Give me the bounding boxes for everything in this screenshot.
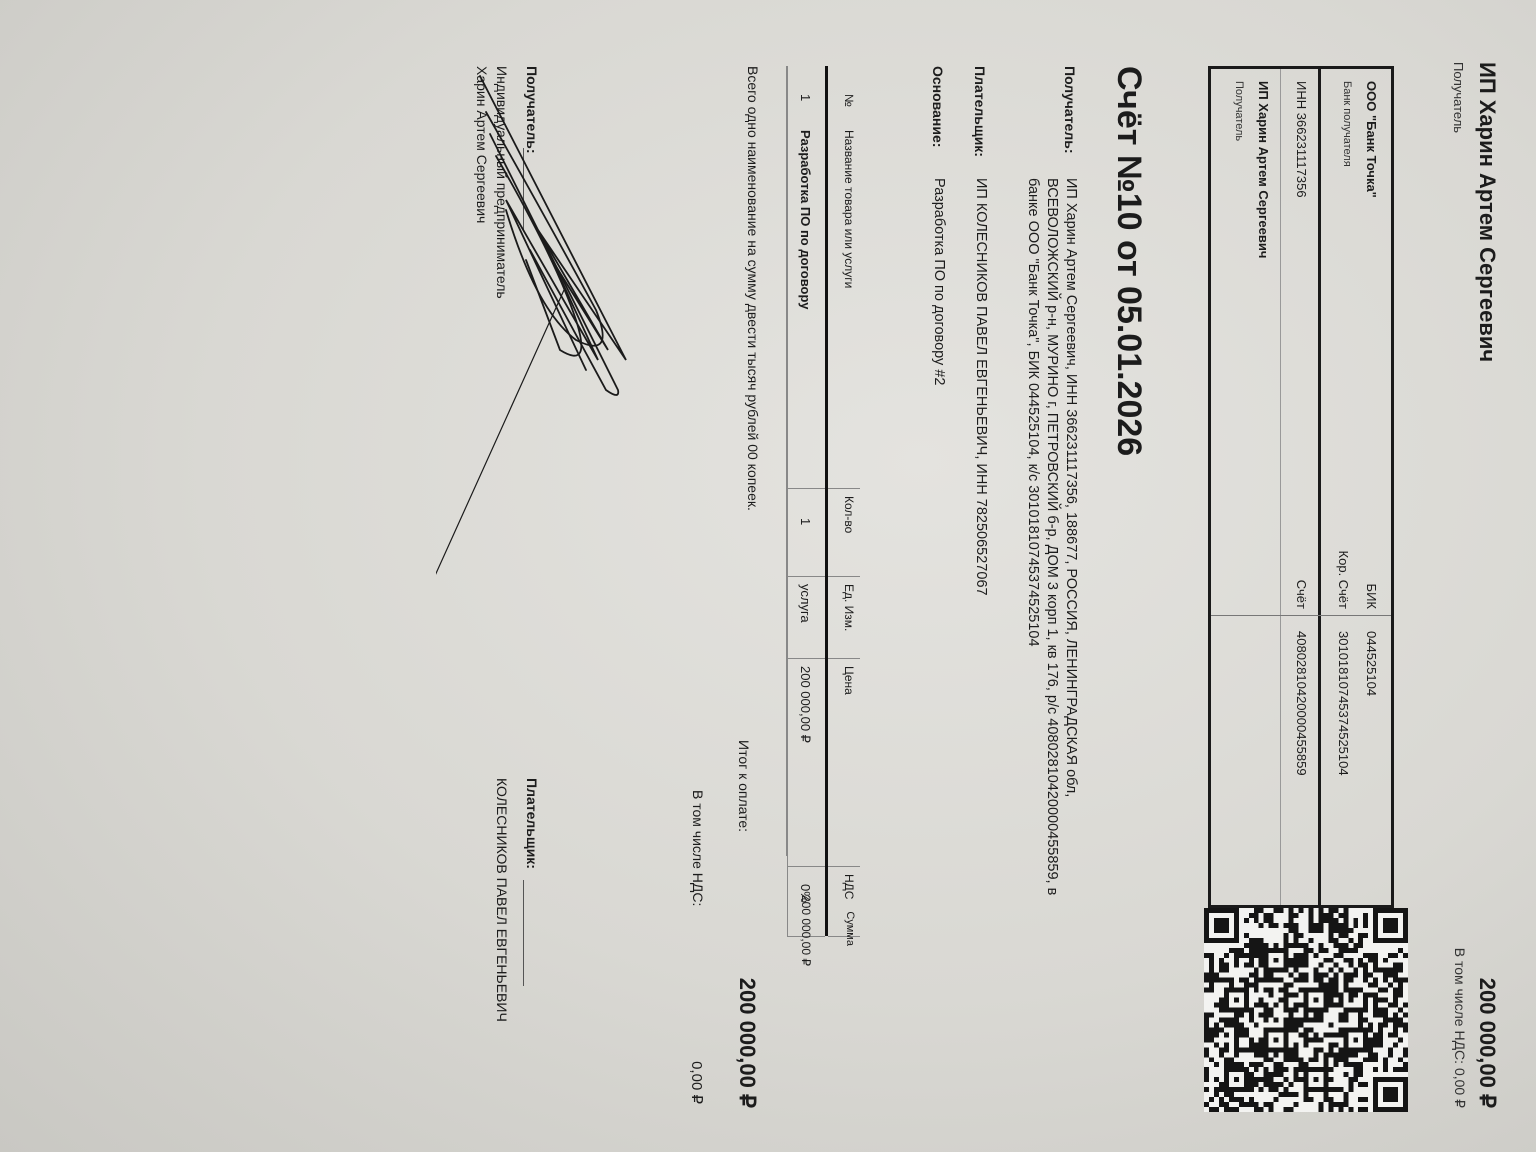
basis-field-label: Основание: bbox=[930, 66, 946, 147]
invoice-page: ИП Харин Артем Сергеевич Получатель 200 … bbox=[0, 0, 1536, 1152]
payer-field-label: Плательщик: bbox=[972, 66, 988, 157]
bik-label: БИК bbox=[1364, 539, 1379, 609]
col-unit: Ед. Изм. bbox=[842, 584, 856, 631]
bank-row: ООО "Банк Точка" Банк получателя БИК 044… bbox=[1318, 69, 1391, 905]
header-total-amount: 200 000,00 ₽ bbox=[1474, 978, 1500, 1108]
corr-account-label: Кор. Счёт bbox=[1336, 509, 1351, 609]
row-name: Разработка ПО по договору bbox=[798, 130, 813, 310]
handwritten-signature bbox=[436, 60, 656, 580]
bank-name: ООО "Банк Точка" bbox=[1364, 81, 1379, 198]
table-header-rule bbox=[825, 66, 828, 936]
payer-details: ИП КОЛЕСНИКОВ ПАВЕЛ ЕВГЕНЬЕВИЧ, ИНН 7825… bbox=[971, 178, 990, 596]
vat-value: 0,00 ₽ bbox=[688, 1061, 706, 1104]
sign-payer-label: Плательщик: bbox=[524, 778, 540, 869]
col-price: Цена bbox=[842, 666, 856, 695]
row-qty: 1 bbox=[798, 518, 813, 525]
bank-details-box: ООО "Банк Точка" Банк получателя БИК 044… bbox=[1208, 66, 1394, 908]
table-row: 1 Разработка ПО по договору 1 услуга 200… bbox=[786, 66, 825, 856]
invoice-title: Счёт №10 от 05.01.2026 bbox=[1109, 66, 1148, 456]
col-qty: Кол-во bbox=[842, 496, 856, 533]
vat-label: В том числе НДС: bbox=[690, 790, 706, 906]
total-label: Итог к оплате: bbox=[736, 740, 752, 832]
account-value: 40802810420000455859 bbox=[1294, 631, 1309, 776]
col-name: Название товара или услуги bbox=[842, 130, 856, 288]
table-row-rule bbox=[787, 66, 788, 936]
box-recipient-label: Получатель bbox=[1233, 81, 1245, 141]
total-in-words: Всего одно наименование на сумму двести … bbox=[745, 66, 761, 511]
header-vat-note: В том числе НДС: 0,00 ₽ bbox=[1451, 948, 1468, 1108]
inn-row: ИНН 366231117356 Счёт 408028104200004558… bbox=[1280, 69, 1321, 905]
col-vat: НДС bbox=[842, 874, 856, 899]
sign-payer-name: КОЛЕСНИКОВ ПАВЕЛ ЕВГЕНЬЕВИЧ bbox=[494, 778, 510, 1022]
recipient-row: ИП Харин Артем Сергеевич Получатель bbox=[1211, 69, 1281, 905]
box-recipient-name: ИП Харин Артем Сергеевич bbox=[1256, 81, 1271, 258]
sign-payer-line bbox=[523, 880, 524, 986]
row-unit: услуга bbox=[798, 584, 813, 623]
recipient-line-2: ВСЕВОЛОЖСКИЙ р-н, МУРИНО г, ПЕТРОВСКИЙ б… bbox=[1042, 178, 1061, 895]
bank-label: Банк получателя bbox=[1341, 81, 1353, 167]
col-num: № bbox=[842, 94, 856, 107]
corr-account-value: 30101810745374525104 bbox=[1336, 631, 1351, 776]
recipient-inn: ИНН 366231117356 bbox=[1294, 81, 1309, 198]
row-sum: 200 000,00 ₽ bbox=[799, 895, 813, 966]
row-price: 200 000,00 ₽ bbox=[797, 666, 813, 743]
col-sum: Сумма bbox=[844, 911, 856, 946]
basis-details: Разработка ПО по договору #2 bbox=[929, 178, 948, 385]
row-num: 1 bbox=[798, 94, 813, 101]
account-label: Счёт bbox=[1294, 539, 1309, 609]
total-value: 200 000,00 ₽ bbox=[734, 978, 760, 1108]
recipient-details: ИП Харин Артем Сергеевич, ИНН 3662311173… bbox=[1023, 178, 1080, 895]
qr-code-icon bbox=[1204, 908, 1408, 1112]
bik-value: 044525104 bbox=[1364, 631, 1379, 696]
items-table-header: № Название товара или услуги Кол-во Ед. … bbox=[825, 66, 868, 856]
recipient-line-1: ИП Харин Артем Сергеевич, ИНН 3662311173… bbox=[1061, 178, 1080, 895]
recipient-line-3: банке ООО "Банк Точка", БИК 044525104, к… bbox=[1023, 178, 1042, 895]
recipient-field-label: Получатель: bbox=[1062, 66, 1078, 153]
column-divider bbox=[1211, 615, 1391, 616]
header-recipient-label: Получатель bbox=[1451, 62, 1466, 133]
header-recipient-name: ИП Харин Артем Сергеевич bbox=[1474, 62, 1500, 362]
